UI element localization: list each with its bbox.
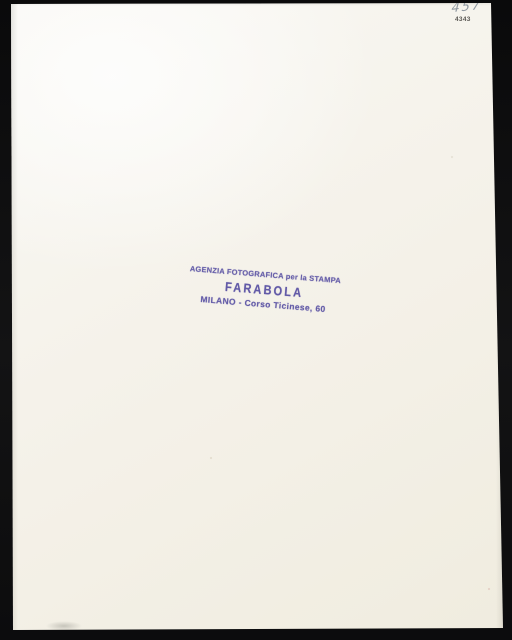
printed-archive-number: 4343 xyxy=(455,16,471,23)
scanned-photo-back: 457 4343 AGENZIA FOTOGRAFICA per la STAM… xyxy=(0,0,512,640)
photo-paper: 457 4343 AGENZIA FOTOGRAFICA per la STAM… xyxy=(0,0,512,640)
agency-ink-stamp: AGENZIA FOTOGRAFICA per la STAMPA FARABO… xyxy=(186,264,343,315)
handwritten-archive-number: 457 xyxy=(451,0,483,16)
